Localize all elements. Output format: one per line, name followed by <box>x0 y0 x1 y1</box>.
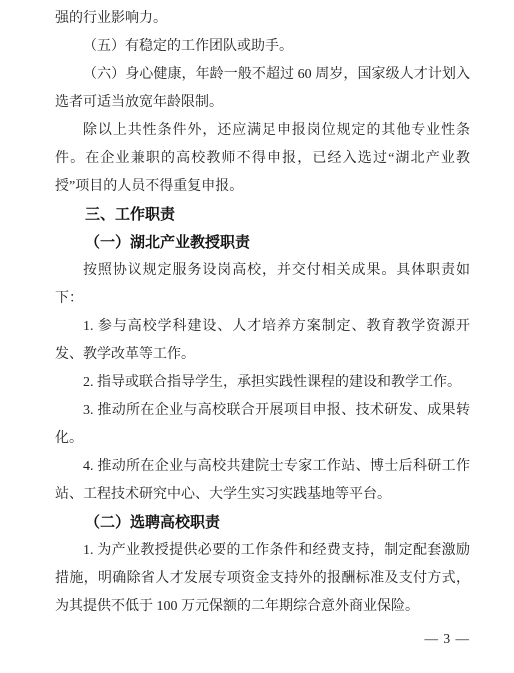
numbered-item: 4. 推动所在企业与高校共建院士专家工作站、博士后科研工作站、工程技术研究中心、… <box>55 453 470 509</box>
numbered-item: 1. 为产业教授提供必要的工作条件和经费支持，制定配套激励措施，明确除省人才发展… <box>55 537 470 621</box>
numbered-item: 3. 推动所在企业与高校联合开展项目申报、技术研发、成果转化。 <box>55 397 470 453</box>
numbered-item: 1. 参与高校学科建设、人才培养方案制定、教育教学资源开发、教学改革等工作。 <box>55 313 470 369</box>
paragraph: 强的行业影响力。 <box>55 5 470 33</box>
section-heading: 三、工作职责 <box>55 201 470 229</box>
document-page: 强的行业影响力。 （五）有稳定的工作团队或助手。 （六）身心健康，年龄一般不超过… <box>0 0 514 673</box>
subsection-heading: （二）选聘高校职责 <box>55 509 470 537</box>
numbered-item: 2. 指导或联合指导学生，承担实践性课程的建设和教学工作。 <box>55 369 470 397</box>
document-body: 强的行业影响力。 （五）有稳定的工作团队或助手。 （六）身心健康，年龄一般不超过… <box>55 5 470 621</box>
paragraph: （六）身心健康，年龄一般不超过 60 周岁，国家级人才计划入选者可适当放宽年龄限… <box>55 61 470 117</box>
paragraph: （五）有稳定的工作团队或助手。 <box>55 33 470 61</box>
page-number: — 3 — <box>425 631 471 647</box>
subsection-heading: （一）湖北产业教授职责 <box>55 229 470 257</box>
paragraph: 按照协议规定服务设岗高校，并交付相关成果。具体职责如下： <box>55 257 470 313</box>
paragraph: 除以上共性条件外，还应满足申报岗位规定的其他专业性条件。在企业兼职的高校教师不得… <box>55 117 470 201</box>
